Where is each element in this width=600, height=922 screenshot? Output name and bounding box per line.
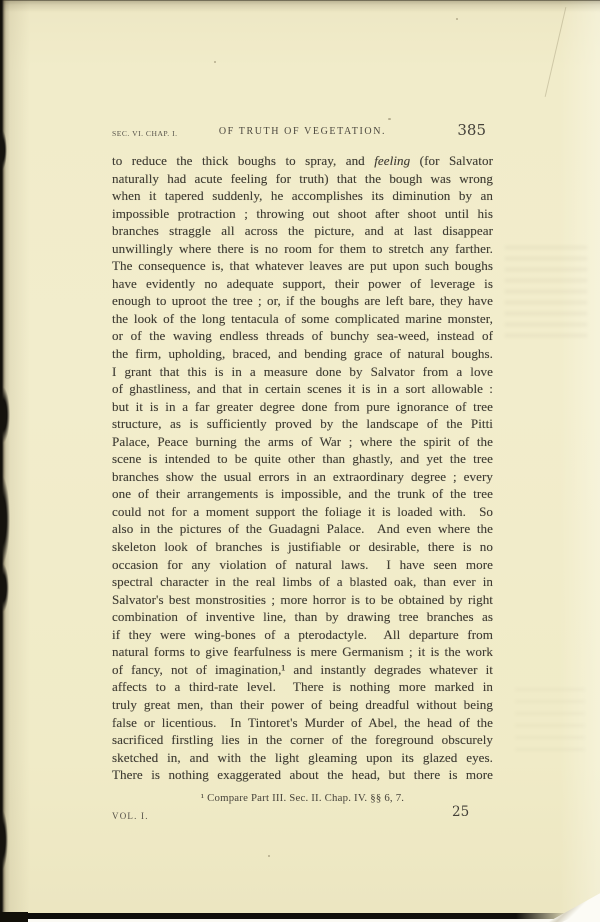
body-text-line: could not for a moment support the folia… (112, 503, 493, 521)
footnote: ¹ Compare Part III. Sec. II. Chap. IV. §… (112, 792, 493, 804)
body-text-line: The consequence is, that whatever leaves… (112, 257, 493, 275)
body-text-line: false or licentious. In Tintoret's Murde… (112, 714, 493, 732)
body-text-line: when it tapered suddenly, he accomplishe… (112, 187, 493, 205)
body-text-line: but it is in a far greater degree done f… (112, 398, 493, 416)
paper-speck (388, 118, 391, 120)
body-text-line: the firm, upholding, braced, and bending… (112, 345, 493, 363)
paper-crease (545, 7, 567, 97)
body-text-line: to reduce the thick boughs to spray, and… (112, 152, 493, 170)
running-title: OF TRUTH OF VEGETATION. (112, 126, 493, 137)
body-text-line: unwillingly where there is no room for t… (112, 240, 493, 258)
body-text-line: truly great men, than their power of bei… (112, 696, 493, 714)
body-text-line: the look of the long tentacula of some c… (112, 310, 493, 328)
signature-number: 25 (452, 804, 469, 820)
body-text-line: also in the pictures of the Guadagni Pal… (112, 520, 493, 538)
body-text-line: spectral character in the real limbs of … (112, 573, 493, 591)
body-text-line: enough to uproot the tree ; or, if the b… (112, 292, 493, 310)
body-text-line: natural forms to give fearfulness is mer… (112, 643, 493, 661)
body-text-line: if they were wing-bones of a pterodactyl… (112, 626, 493, 644)
show-through-smudge (505, 246, 587, 338)
body-text-line: of fancy, not of imagination,¹ and insta… (112, 661, 493, 679)
binding-edge-shadow (0, 0, 12, 922)
body-text-line: affects to a third-rate level. There is … (112, 678, 493, 696)
body-text-line: Salvator's best monstrosities ; more hor… (112, 591, 493, 609)
body-text-line: have evidently no adequate support, thei… (112, 275, 493, 293)
top-edge-line (0, 0, 600, 1)
show-through-smudge (515, 688, 585, 752)
body-text-line: naturally had acute feeling for truth) t… (112, 170, 493, 188)
paper-speck (456, 18, 458, 20)
body-text-line: structure, as is sufficiently proved by … (112, 415, 493, 433)
book-page-scan: SEC. VI. CHAP. I. OF TRUTH OF VEGETATION… (0, 0, 600, 922)
top-edge-shadow (0, 0, 600, 12)
body-text-line: occasion for any violation of natural la… (112, 556, 493, 574)
paper-speck (305, 320, 307, 322)
body-text-line: branches straggle all across the picture… (112, 222, 493, 240)
bottom-edge-shadow (0, 913, 600, 919)
body-text-line: combination of inventive line, than by d… (112, 608, 493, 626)
body-text: to reduce the thick boughs to spray, and… (112, 152, 493, 784)
page-number: 385 (457, 121, 486, 139)
body-text-line: branches show the usual errors in an ext… (112, 468, 493, 486)
body-text-line: sketched in, and with the light gleaming… (112, 749, 493, 767)
body-text-line: one of their arrangements is impossible,… (112, 485, 493, 503)
paper-speck (214, 61, 216, 63)
paper-speck (152, 213, 154, 215)
body-text-line: or of the waving endless threads of bunc… (112, 327, 493, 345)
bottom-left-edge (0, 912, 28, 922)
body-text-line: of ghastliness, and that in certain scen… (112, 380, 493, 398)
body-text-line: Palace, Peace burning the arms of War ; … (112, 433, 493, 451)
body-text-line: scene is intended to be quite other than… (112, 450, 493, 468)
volume-label: VOL. I. (112, 811, 149, 821)
body-text-line: There is nothing exaggerated about the h… (112, 766, 493, 784)
body-text-line: skeleton look of branches is justifiable… (112, 538, 493, 556)
body-text-line: I grant that this is in a measure done b… (112, 363, 493, 381)
paper-speck (268, 855, 270, 857)
running-header: SEC. VI. CHAP. I. OF TRUTH OF VEGETATION… (112, 124, 493, 142)
body-text-line: sacrificed firstling lies in the corner … (112, 731, 493, 749)
body-text-line: impossible protraction ; throwing out sh… (112, 205, 493, 223)
